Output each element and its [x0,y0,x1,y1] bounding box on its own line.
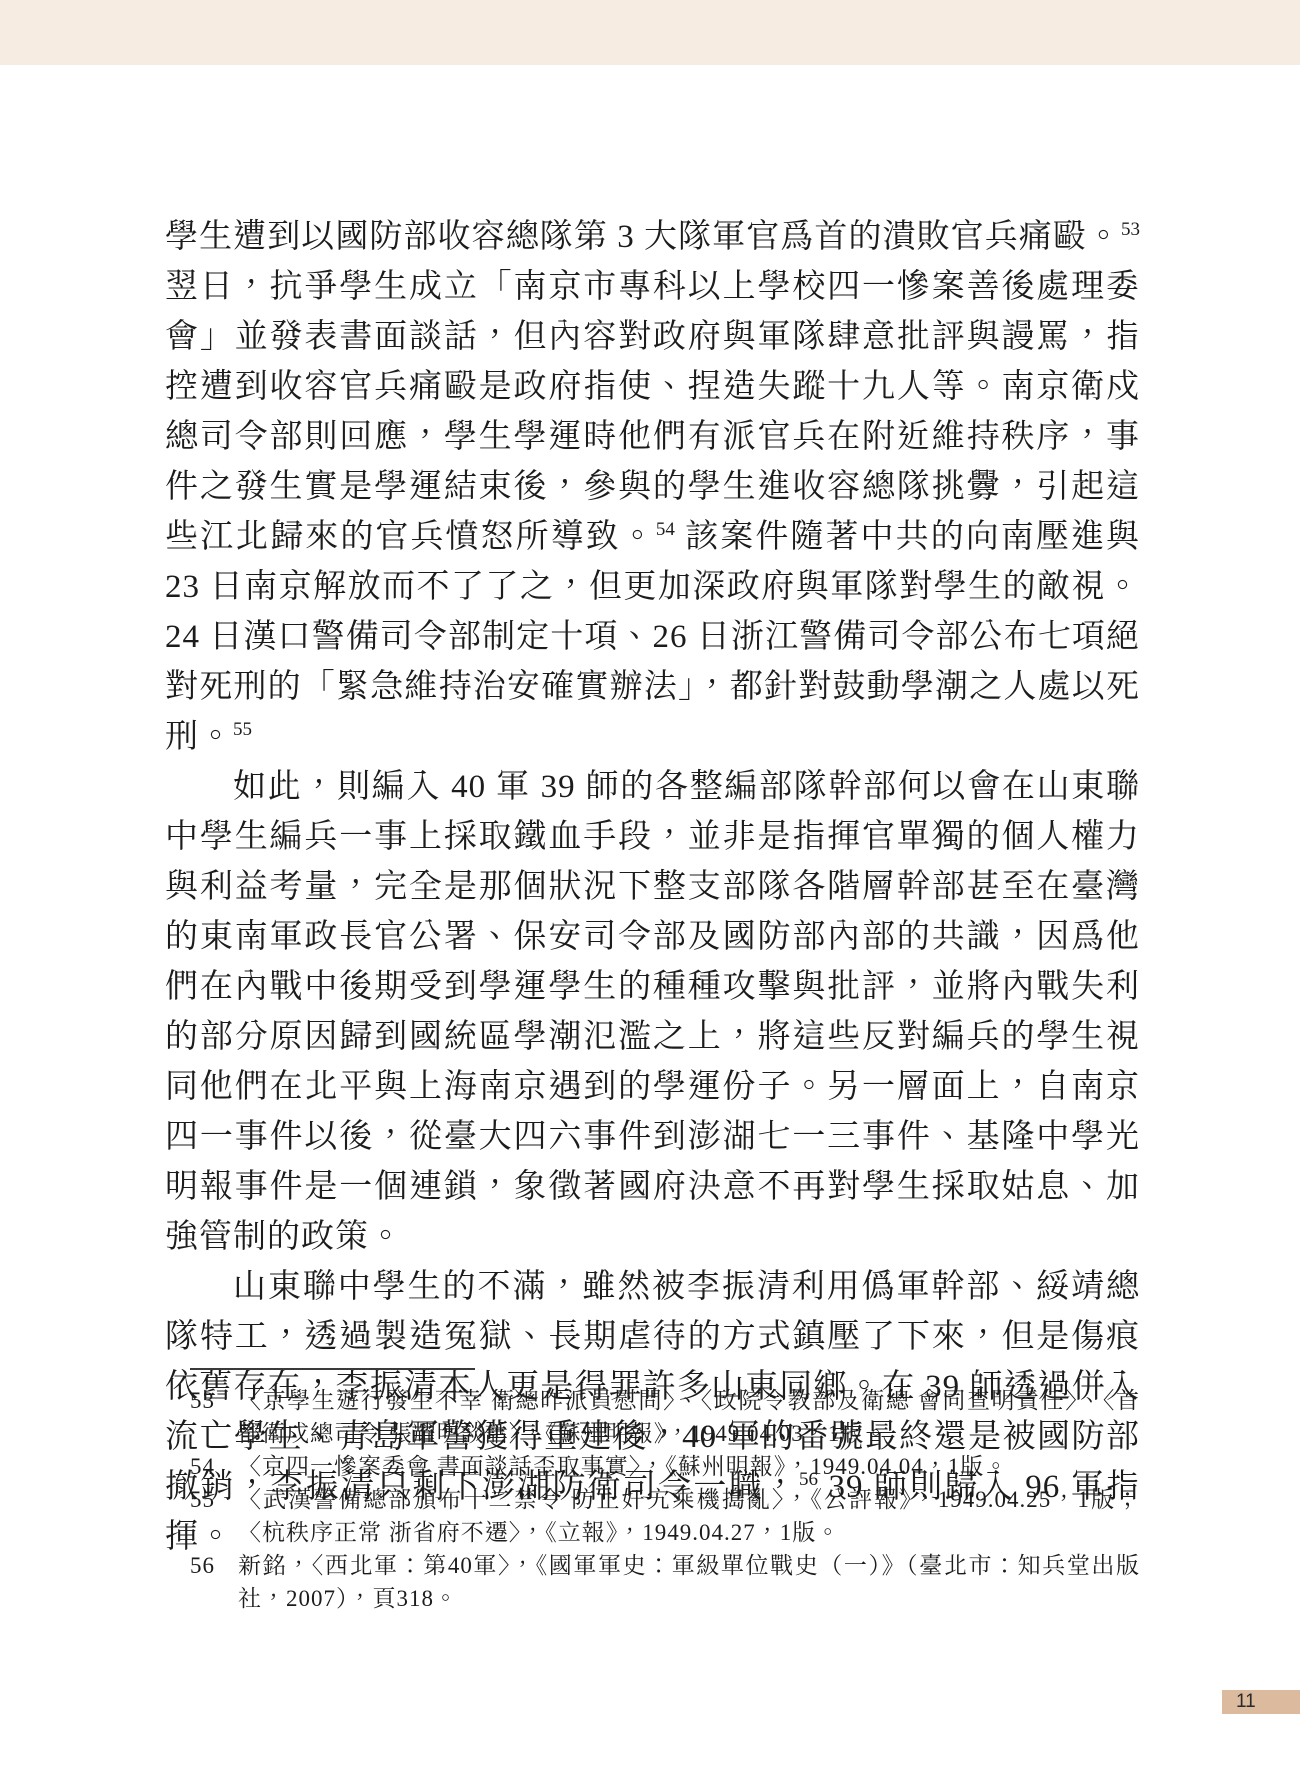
footnote-list: 53 〈京學生遊行發生不幸 衛總昨派員慰問〉、〈政院令教部及衛總 會同查明責任〉… [165,1384,1140,1615]
top-margin-band [0,0,1300,65]
footnote-number: 56 [190,1549,238,1582]
footnote-number: 53 [190,1384,238,1417]
footnote-section: 53 〈京學生遊行發生不幸 衛總昨派員慰問〉、〈政院令教部及衛總 會同查明責任〉… [165,1368,1140,1615]
footnote-text: 〈武漢警備總部頒布十二禁令 防止奸宄乘機搗亂〉，《公評報》，1949.04.25… [238,1483,1140,1549]
page-number: 11 [1236,1691,1256,1712]
footnote-number: 55 [190,1483,238,1516]
footnote-item: 53 〈京學生遊行發生不幸 衛總昨派員慰問〉、〈政院令教部及衛總 會同查明責任〉… [190,1384,1140,1450]
footnote-separator-rule [190,1368,475,1370]
main-text-block: 學生遭到以國防部收容總隊第 3 大隊軍官爲首的潰敗官兵痛毆。53 翌日，抗爭學生… [165,212,1140,1562]
paragraph: 如此，則編入 40 軍 39 師的各整編部隊幹部何以會在山東聯中學生編兵一事上採… [165,762,1140,1262]
footnote-text: 〈京學生遊行發生不幸 衛總昨派員慰問〉、〈政院令教部及衛總 會同查明責任〉、〈首… [238,1384,1140,1450]
book-page: 學生遭到以國防部收容總隊第 3 大隊軍官爲首的潰敗官兵痛毆。53 翌日，抗爭學生… [0,0,1300,1778]
footnote-item: 55 〈武漢警備總部頒布十二禁令 防止奸宄乘機搗亂〉，《公評報》，1949.04… [190,1483,1140,1549]
footnote-text: 〈京四一慘案委會 書面談話歪取事實〉，《蘇州明報》，1949.04.04，1版。 [238,1450,1140,1483]
footnote-item: 56 新銘，〈西北軍：第40軍〉，《國軍軍史：軍級單位戰史（一）》（臺北市：知兵… [190,1549,1140,1615]
footnote-item: 54 〈京四一慘案委會 書面談話歪取事實〉，《蘇州明報》，1949.04.04，… [190,1450,1140,1483]
paragraph: 學生遭到以國防部收容總隊第 3 大隊軍官爲首的潰敗官兵痛毆。53 翌日，抗爭學生… [165,212,1140,762]
footnote-text: 新銘，〈西北軍：第40軍〉，《國軍軍史：軍級單位戰史（一）》（臺北市：知兵堂出版… [238,1549,1140,1615]
footnote-number: 54 [190,1450,238,1483]
page-number-tab: 11 [1222,1690,1300,1714]
